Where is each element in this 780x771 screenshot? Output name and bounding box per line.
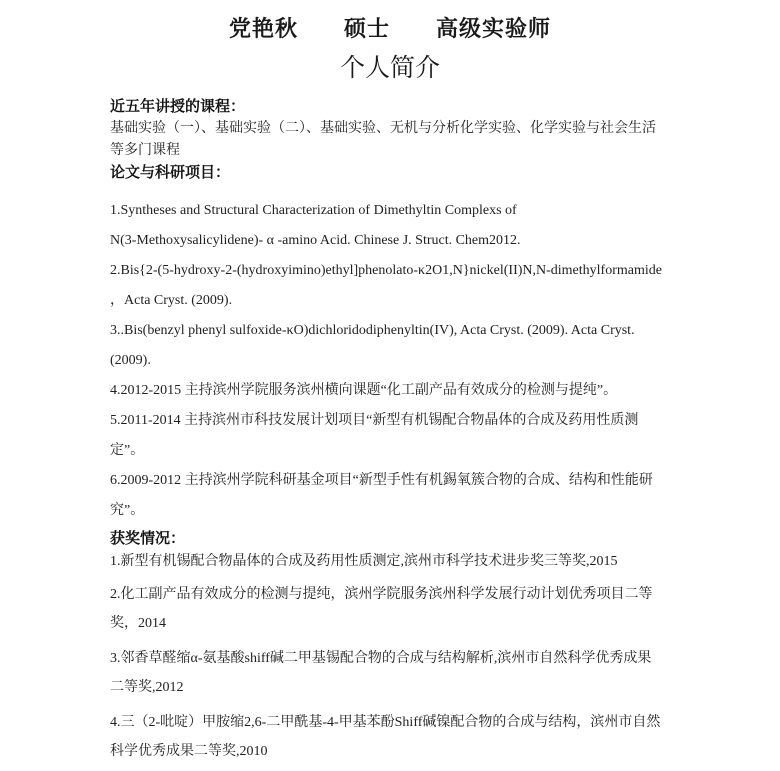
awards-section-heading: 获奖情况： <box>110 528 672 550</box>
publication-line: 2.Bis{2-(5-hydroxy-2-(hydroxyimino)ethyl… <box>110 256 672 286</box>
award-line: 2.化工副产品有效成分的检测与提纯，滨州学院服务滨州科学发展行动计划优秀项目二等 <box>110 580 672 609</box>
course-line: 等多门课程 <box>110 140 672 162</box>
project-line: 5.2011-2014 主持滨州市科技发展计划项目“新型有机锡配合物晶体的合成及… <box>110 406 672 436</box>
award-line: 二等奖,2012 <box>110 673 672 702</box>
publication-line: (2009). <box>110 346 672 376</box>
award-line: 科学优秀成果二等奖,2010 <box>110 737 672 766</box>
project-line: 究”。 <box>110 496 672 526</box>
course-line: 基础实验（一）、基础实验（二）、基础实验、无机与分析化学实验、化学实验与社会生活 <box>110 118 672 140</box>
publication-line: N(3-Methoxysalicylidene)- α -amino Acid.… <box>110 226 672 256</box>
publication-line: 3..Bis(benzyl phenyl sulfoxide-κO)dichlo… <box>110 316 672 346</box>
section-publications: 1.Syntheses and Structural Characterizat… <box>110 196 672 526</box>
award-line: 奖，2014 <box>110 609 672 638</box>
publication-line: ，Acta Cryst. (2009). <box>110 286 672 316</box>
profile-document-page: 党艳秋 硕士 高级实验师 个人简介 近五年讲授的课程： 基础实验（一）、基础实验… <box>0 0 780 771</box>
publications-section-heading: 论文与科研项目： <box>110 162 672 184</box>
award-line: 3.邻香草醛缩α-氨基酸shiff碱二甲基锡配合物的合成与结构解析,滨州市自然科… <box>110 644 672 673</box>
courses-section-heading: 近五年讲授的课程： <box>110 96 672 118</box>
section-awards: 获奖情况： 1.新型有机锡配合物晶体的合成及药用性质测定,滨州市科学技术进步奖三… <box>110 528 672 766</box>
project-line: 定”。 <box>110 436 672 466</box>
award-line: 4.三（2-吡啶）甲胺缩2,6-二甲酰基-4-甲基苯酚Shiff碱镍配合物的合成… <box>110 708 672 737</box>
page-subtitle: 个人简介 <box>0 52 780 86</box>
project-line: 4.2012-2015 主持滨州学院服务滨州横向课题“化工副产品有效成分的检测与… <box>110 376 672 406</box>
award-line: 1.新型有机锡配合物晶体的合成及药用性质测定,滨州市科学技术进步奖三等奖,201… <box>110 550 672 574</box>
project-line: 6.2009-2012 主持滨州学院科研基金项目“新型手性有机錫氧簇合物的合成、… <box>110 466 672 496</box>
document-body: 近五年讲授的课程： 基础实验（一）、基础实验（二）、基础实验、无机与分析化学实验… <box>110 96 672 766</box>
section-courses: 近五年讲授的课程： 基础实验（一）、基础实验（二）、基础实验、无机与分析化学实验… <box>110 96 672 184</box>
publication-line: 1.Syntheses and Structural Characterizat… <box>110 196 672 226</box>
page-title: 党艳秋 硕士 高级实验师 <box>0 14 780 44</box>
